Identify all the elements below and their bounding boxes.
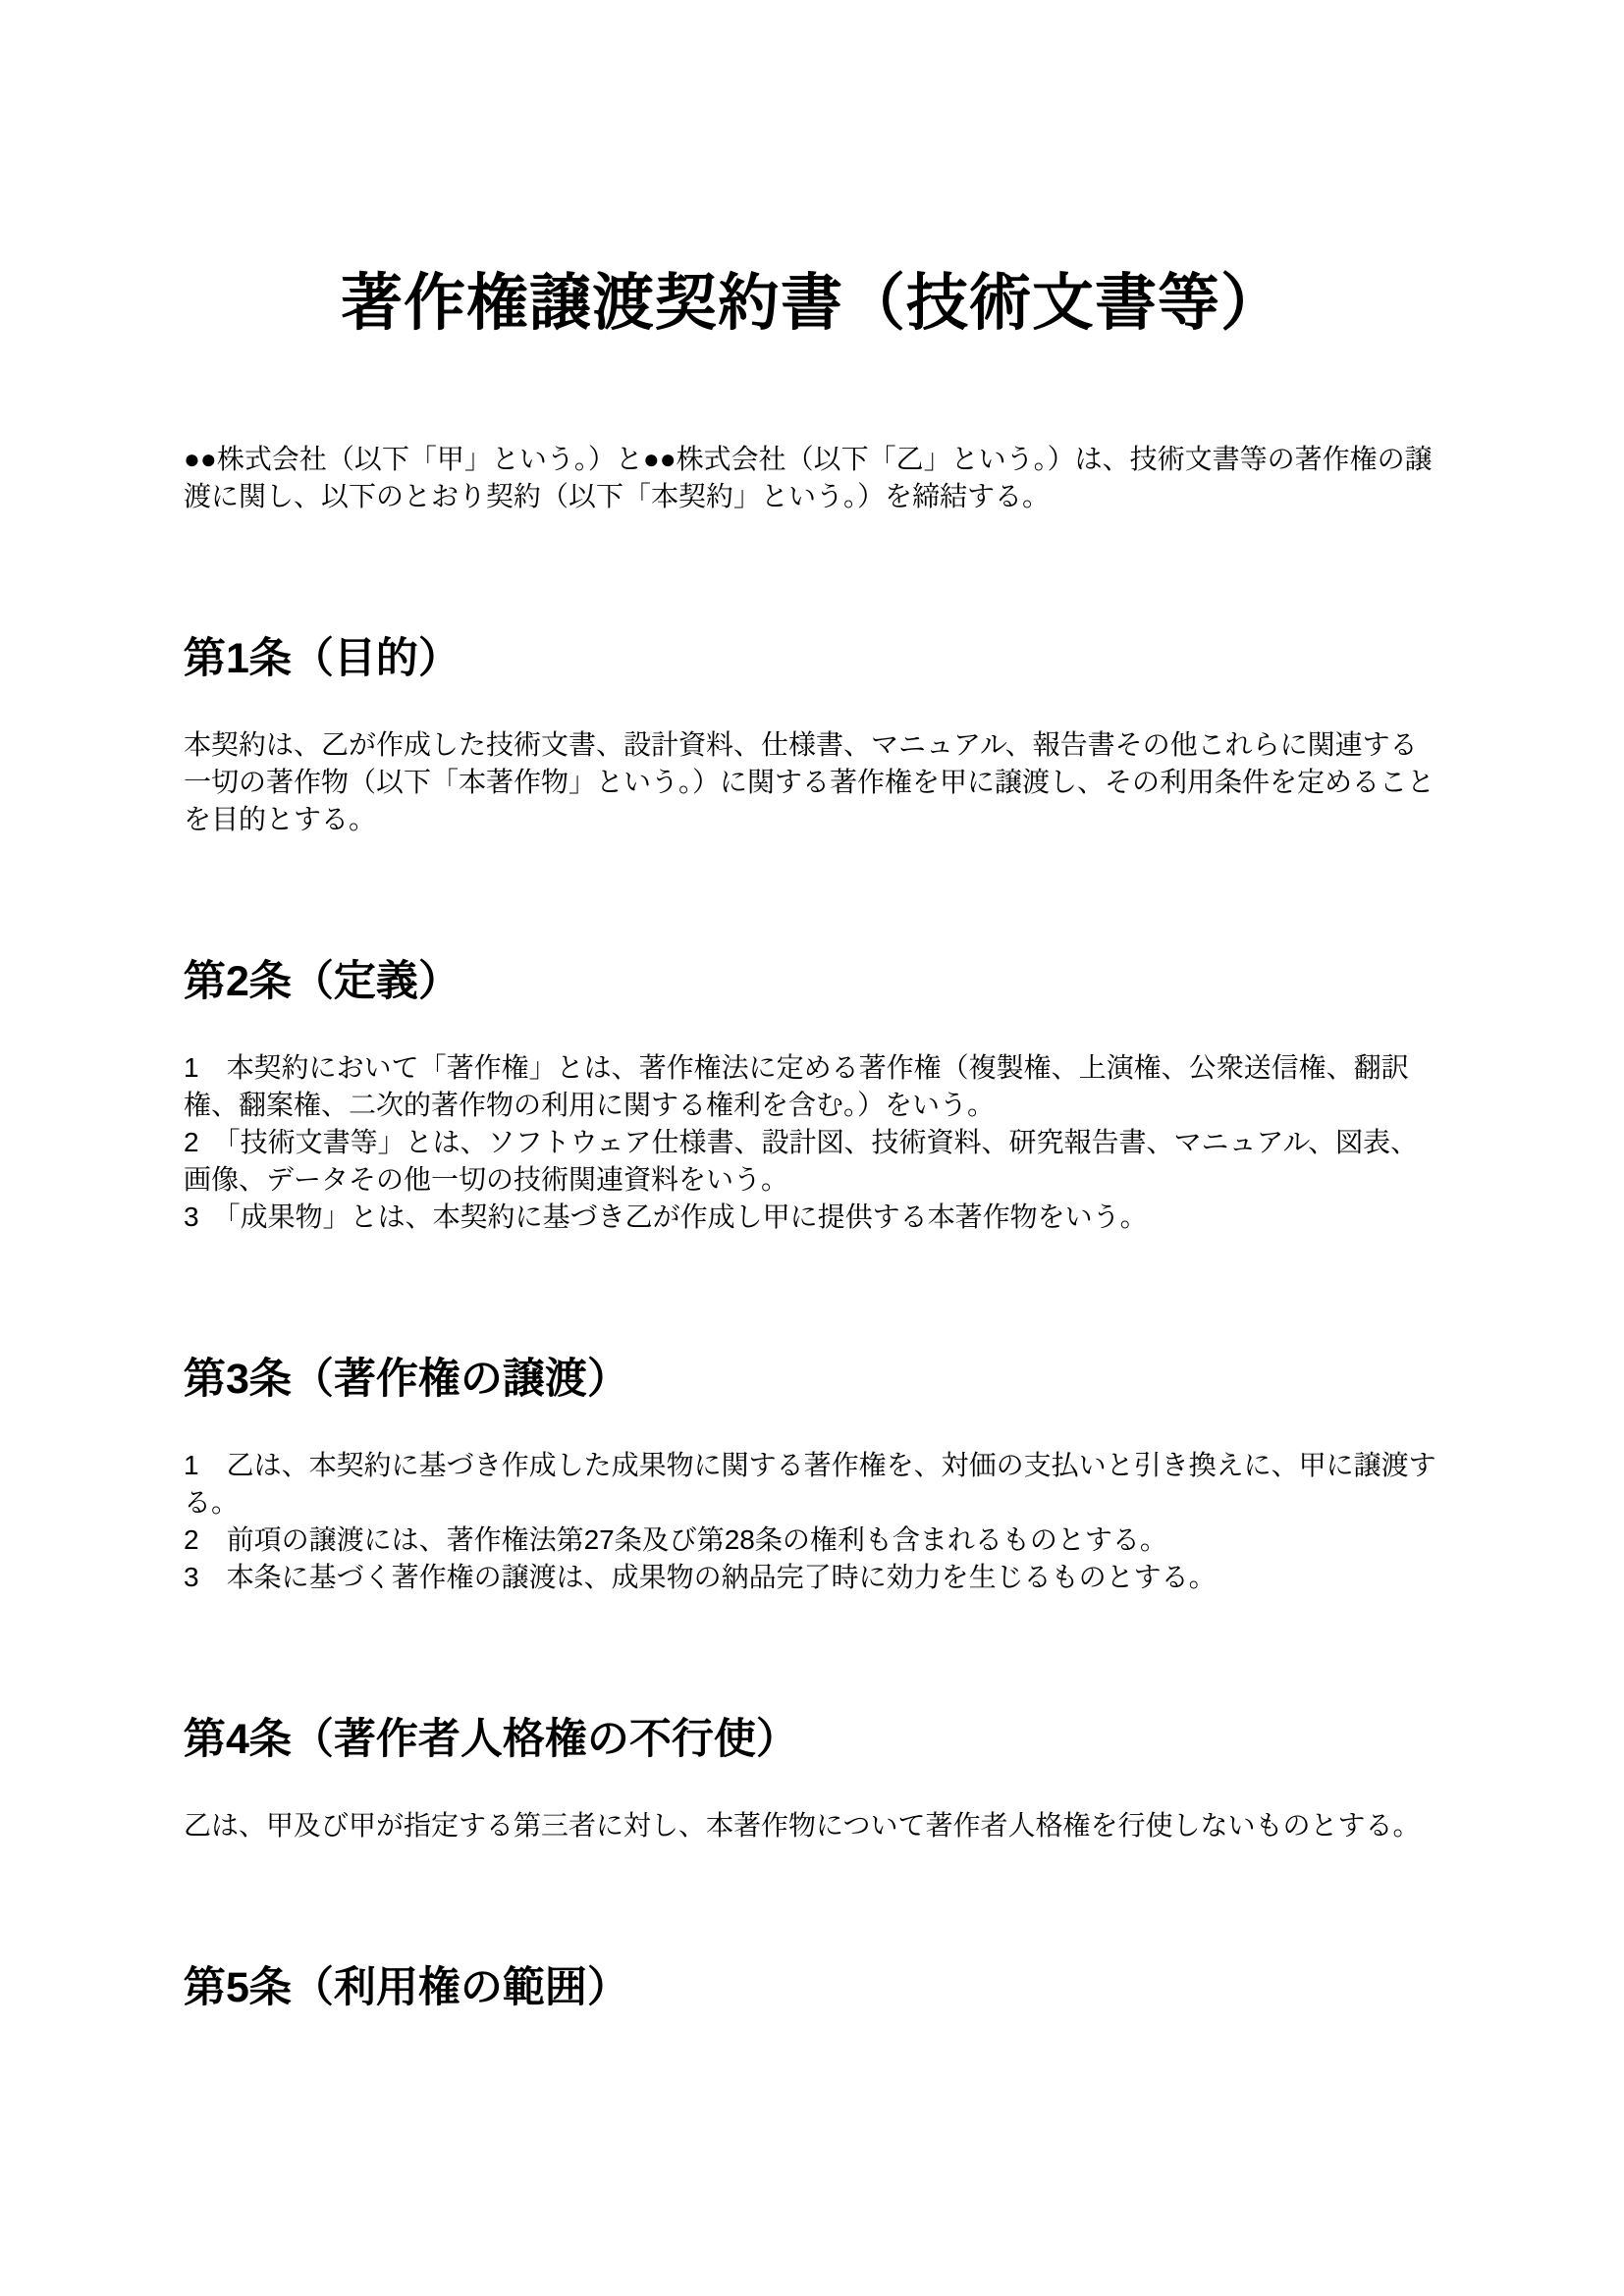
article-paragraph: 1 乙は、本契約に基づき作成した成果物に関する著作権を、対価の支払いと引き換えに…	[184, 1447, 1440, 1522]
article-1-body: 本契約は、乙が作成した技術文書、設計資料、仕様書、マニュアル、報告書その他これら…	[184, 726, 1440, 838]
article-section-2: 第2条（定義） 1 本契約において「著作権」とは、著作権法に定める著作権（複製権…	[184, 954, 1440, 1236]
page-title: 著作権譲渡契約書（技術文書等）	[184, 264, 1440, 343]
article-section-5: 第5条（利用権の範囲）	[184, 1960, 1440, 2015]
article-2-body: 1 本契約において「著作権」とは、著作権法に定める著作権（複製権、上演権、公衆送…	[184, 1049, 1440, 1236]
article-paragraph: 3 「成果物」とは、本契約に基づき乙が作成し甲に提供する本著作物をいう。	[184, 1199, 1440, 1236]
article-section-1: 第1条（目的） 本契約は、乙が作成した技術文書、設計資料、仕様書、マニュアル、報…	[184, 631, 1440, 838]
article-paragraph: 本契約は、乙が作成した技術文書、設計資料、仕様書、マニュアル、報告書その他これら…	[184, 726, 1440, 838]
article-paragraph: 1 本契約において「著作権」とは、著作権法に定める著作権（複製権、上演権、公衆送…	[184, 1049, 1440, 1124]
article-paragraph: 乙は、甲及び甲が指定する第三者に対し、本著作物について著作者人格権を行使しないも…	[184, 1807, 1440, 1844]
article-paragraph: 2 「技術文書等」とは、ソフトウェア仕様書、設計図、技術資料、研究報告書、マニュ…	[184, 1124, 1440, 1199]
article-2-heading: 第2条（定義）	[184, 954, 1440, 1009]
article-3-body: 1 乙は、本契約に基づき作成した成果物に関する著作権を、対価の支払いと引き換えに…	[184, 1447, 1440, 1596]
article-5-heading: 第5条（利用権の範囲）	[184, 1960, 1440, 2015]
intro-paragraph: ●●株式会社（以下「甲」という。）と●●株式会社（以下「乙」という。）は、技術文…	[184, 441, 1440, 515]
article-4-heading: 第4条（著作者人格権の不行使）	[184, 1712, 1440, 1767]
article-4-body: 乙は、甲及び甲が指定する第三者に対し、本著作物について著作者人格権を行使しないも…	[184, 1807, 1440, 1844]
article-1-heading: 第1条（目的）	[184, 631, 1440, 686]
article-paragraph: 2 前項の譲渡には、著作権法第27条及び第28条の権利も含まれるものとする。	[184, 1522, 1440, 1559]
article-3-heading: 第3条（著作権の譲渡）	[184, 1352, 1440, 1407]
article-section-3: 第3条（著作権の譲渡） 1 乙は、本契約に基づき作成した成果物に関する著作権を、…	[184, 1352, 1440, 1596]
article-section-4: 第4条（著作者人格権の不行使） 乙は、甲及び甲が指定する第三者に対し、本著作物に…	[184, 1712, 1440, 1844]
article-paragraph: 3 本条に基づく著作権の譲渡は、成果物の納品完了時に効力を生じるものとする。	[184, 1559, 1440, 1596]
document-content: 著作権譲渡契約書（技術文書等） ●●株式会社（以下「甲」という。）と●●株式会社…	[0, 0, 1624, 2015]
document-page: 著作権譲渡契約書（技術文書等） ●●株式会社（以下「甲」という。）と●●株式会社…	[0, 0, 1624, 2296]
